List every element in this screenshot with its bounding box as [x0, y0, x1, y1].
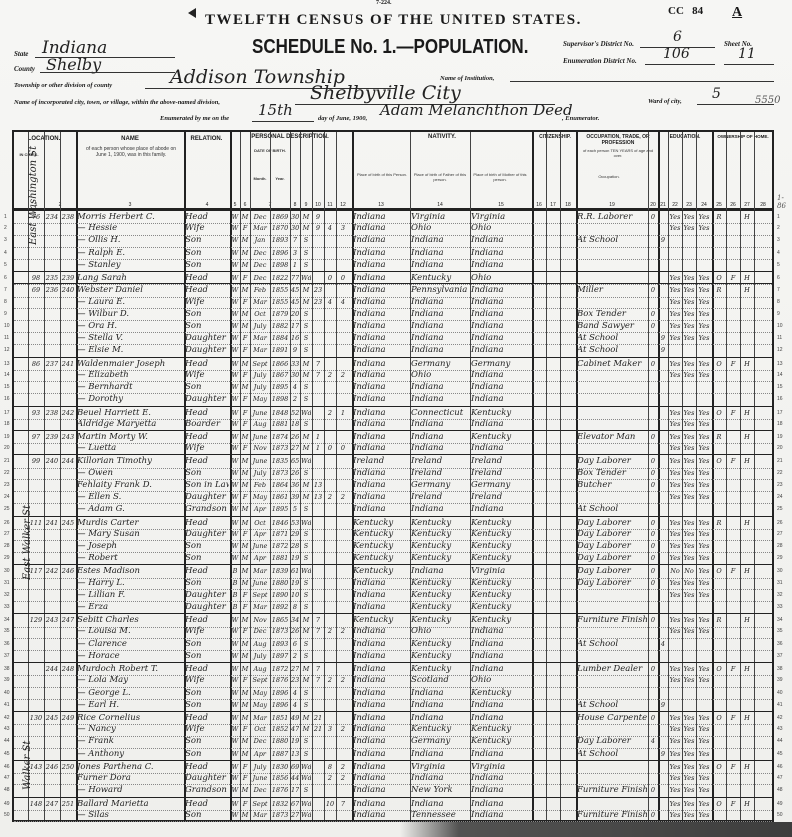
cell-birth: Indiana — [353, 699, 409, 711]
cell-month: July — [251, 467, 269, 479]
cell-write — [683, 503, 695, 515]
cell-name: — Laura E. — [77, 296, 183, 308]
cell-age: 47 — [291, 723, 299, 735]
cell-relation: Son — [185, 381, 229, 393]
line-number: 38 — [777, 666, 783, 672]
cell-year: 1848 — [271, 407, 289, 419]
cell-house — [29, 467, 43, 479]
cell-mother-birth: Ohio — [471, 674, 531, 686]
cell-read: Yes — [669, 455, 681, 467]
cell-house-type — [741, 748, 753, 760]
cell-children-living — [337, 517, 349, 529]
cell-occupation — [577, 601, 647, 613]
cell-write: Yes — [683, 479, 695, 491]
cell-sex: M — [241, 234, 249, 246]
cell-sex: M — [241, 503, 249, 515]
header-nativity: NATIVITY. — [352, 134, 532, 140]
cell-month: Apr — [251, 552, 269, 564]
line-number: 23 — [4, 482, 10, 488]
cell-house-type — [741, 601, 753, 613]
cell-own — [713, 393, 725, 405]
cell-children-living — [337, 577, 349, 589]
cell-month: Sept — [251, 589, 269, 601]
cell-own: O — [713, 272, 725, 284]
cell-yrs-married: 7 — [313, 663, 323, 675]
cell-relation: Head — [185, 284, 229, 296]
cell-english: Yes — [697, 222, 711, 234]
cell-mother-birth: Indiana — [471, 344, 531, 356]
cell-year: 1861 — [271, 491, 289, 503]
cell-english: Yes — [697, 308, 711, 320]
cell-color: W — [231, 369, 239, 381]
township-label: Township or other division of county — [14, 82, 112, 89]
cell-father-birth: Kentucky — [411, 517, 469, 529]
cell-children-born — [325, 455, 335, 467]
cell-yrs-married — [313, 308, 323, 320]
cell-own: O — [713, 798, 725, 810]
cell-english: Yes — [697, 407, 711, 419]
column-number: 10 — [312, 202, 324, 208]
cell-unemployed — [649, 674, 657, 686]
cell-marital: S — [301, 687, 311, 699]
cell-read — [669, 381, 681, 393]
cell-occupation — [577, 674, 647, 686]
cell-children-born — [325, 687, 335, 699]
cell-children-born — [325, 308, 335, 320]
cell-age: 26 — [291, 431, 299, 443]
cell-name: — George L. — [77, 687, 183, 699]
cell-children-living — [337, 699, 349, 711]
cell-marital: S — [301, 784, 311, 796]
cell-month: May — [251, 491, 269, 503]
cell-read — [669, 259, 681, 271]
cell-family — [61, 491, 75, 503]
column-number: 17 — [546, 202, 560, 208]
cell-unemployed — [649, 601, 657, 613]
cell-family: 245 — [61, 517, 75, 529]
cell-dwelling — [45, 809, 59, 821]
cell-family — [61, 503, 75, 515]
cell-read: Yes — [669, 712, 681, 724]
cell-farm — [727, 601, 739, 613]
cell-age: 65 — [291, 455, 299, 467]
cell-year: 1866 — [271, 358, 289, 370]
cell-birth: Indiana — [353, 798, 409, 810]
cell-father-birth: New York — [411, 784, 469, 796]
cell-english: Yes — [697, 369, 711, 381]
cell-color: W — [231, 699, 239, 711]
cell-read: Yes — [669, 528, 681, 540]
cell-family — [61, 735, 75, 747]
header-birth-mother: Place of birth of Mother of this person. — [472, 172, 528, 182]
cell-read — [669, 247, 681, 259]
cell-english: Yes — [697, 712, 711, 724]
cell-write — [683, 601, 695, 613]
cell-birth: Kentucky — [353, 540, 409, 552]
cell-color: W — [231, 259, 239, 271]
cell-year: 1873 — [271, 809, 289, 821]
cell-sex: M — [241, 699, 249, 711]
cell-dwelling — [45, 748, 59, 760]
cell-month: Aug — [251, 418, 269, 430]
cell-children-living — [337, 748, 349, 760]
cell-birth: Indiana — [353, 479, 409, 491]
cell-father-birth: Indiana — [411, 431, 469, 443]
cell-english: Yes — [697, 332, 711, 344]
cell-children-living — [337, 211, 349, 223]
cell-sex: M — [241, 712, 249, 724]
enumeration-line — [645, 64, 715, 65]
line-number: 19 — [4, 434, 10, 440]
cell-month: Aug — [251, 638, 269, 650]
cell-dwelling — [45, 699, 59, 711]
cell-mother-birth: Ireland — [471, 467, 531, 479]
line-number: 29 — [777, 555, 783, 561]
cell-children-born — [325, 577, 335, 589]
cell-read: Yes — [669, 625, 681, 637]
line-number: 31 — [777, 580, 783, 586]
cell-occupation — [577, 442, 647, 454]
cell-children-living — [337, 320, 349, 332]
cell-sex: M — [241, 552, 249, 564]
cell-yrs-married — [313, 638, 323, 650]
cell-school — [659, 712, 667, 724]
cell-mother-birth: Indiana — [471, 381, 531, 393]
cell-house — [29, 247, 43, 259]
cell-year: 1867 — [271, 369, 289, 381]
cell-father-birth: Kentucky — [411, 638, 469, 650]
cell-yrs-married — [313, 418, 323, 430]
cell-write — [683, 259, 695, 271]
cell-unemployed — [649, 272, 657, 284]
cell-house-type — [741, 723, 753, 735]
cell-name: — Hessie — [77, 222, 183, 234]
cell-yrs-married — [313, 735, 323, 747]
census-page: 7-224. TWELFTH CENSUS OF THE UNITED STAT… — [0, 0, 792, 837]
header-birth-father: Place of birth of Father of this person. — [412, 172, 468, 182]
cell-children-born — [325, 712, 335, 724]
cell-occupation: At School — [577, 344, 647, 356]
cell-house: 86 — [29, 358, 43, 370]
cell-family — [61, 247, 75, 259]
cell-month: Dec — [251, 784, 269, 796]
cell-house-type — [741, 234, 753, 246]
cell-house — [29, 344, 43, 356]
line-number: 49 — [777, 801, 783, 807]
cell-occupation: Box Tender — [577, 467, 647, 479]
line-number: 24 — [4, 494, 10, 500]
cell-children-living: 2 — [337, 674, 349, 686]
cell-marital: S — [301, 418, 311, 430]
cell-sex: F — [241, 332, 249, 344]
line-number: 37 — [777, 653, 783, 659]
cell-mother-birth: Ohio — [471, 272, 531, 284]
cell-english — [697, 503, 711, 515]
cell-dwelling — [45, 625, 59, 637]
cell-children-living: 3 — [337, 222, 349, 234]
cell-father-birth: Ohio — [411, 222, 469, 234]
cell-relation: Daughter — [185, 772, 229, 784]
cell-father-birth: Indiana — [411, 234, 469, 246]
cell-birth: Indiana — [353, 358, 409, 370]
cell-children-living — [337, 247, 349, 259]
cell-occupation — [577, 589, 647, 601]
column-number: 20 — [648, 202, 658, 208]
cell-age: 17 — [291, 784, 299, 796]
line-number: 34 — [4, 617, 10, 623]
cell-school — [659, 381, 667, 393]
cell-father-birth: Kentucky — [411, 650, 469, 662]
cell-color: W — [231, 663, 239, 675]
cell-write: Yes — [683, 528, 695, 540]
cell-english: Yes — [697, 517, 711, 529]
cell-children-living: 1 — [337, 407, 349, 419]
line-number: 3 — [4, 237, 7, 243]
cell-marital: Wd — [301, 517, 311, 529]
cell-english: Yes — [697, 809, 711, 821]
cell-year: 1879 — [271, 308, 289, 320]
cell-father-birth: Indiana — [411, 798, 469, 810]
cell-father-birth: Tennessee — [411, 809, 469, 821]
cell-color: W — [231, 517, 239, 529]
cell-school — [659, 320, 667, 332]
cell-read — [669, 601, 681, 613]
cell-name: — Erza — [77, 601, 183, 613]
cell-house-type — [741, 442, 753, 454]
cell-own: R — [713, 614, 725, 626]
line-number: 15 — [777, 384, 783, 390]
cell-occupation — [577, 259, 647, 271]
line-number: 2 — [4, 225, 7, 231]
cell-mother-birth: Ohio — [471, 222, 531, 234]
cell-farm: F — [727, 455, 739, 467]
cell-family — [61, 687, 75, 699]
cell-birth: Indiana — [353, 332, 409, 344]
cell-children-living — [337, 589, 349, 601]
cell-children-living — [337, 552, 349, 564]
line-number: 12 — [777, 347, 783, 353]
cell-read — [669, 650, 681, 662]
cell-children-living — [337, 358, 349, 370]
cell-dwelling — [45, 589, 59, 601]
cell-month: Mar — [251, 332, 269, 344]
cell-write: Yes — [683, 772, 695, 784]
cell-relation: Head — [185, 712, 229, 724]
line-number: 39 — [777, 677, 783, 683]
cell-children-born — [325, 528, 335, 540]
cell-family: 243 — [61, 431, 75, 443]
cell-relation: Daughter — [185, 393, 229, 405]
cell-house: 93 — [29, 407, 43, 419]
cell-relation: Son — [185, 748, 229, 760]
cell-month: Sept — [251, 674, 269, 686]
cell-marital: M — [301, 625, 311, 637]
cell-dwelling — [45, 222, 59, 234]
cell-own: R — [713, 211, 725, 223]
cell-family — [61, 784, 75, 796]
cell-own — [713, 735, 725, 747]
street-note-2: East Walker St — [22, 505, 33, 580]
cell-relation: Head — [185, 272, 229, 284]
cell-children-living: 4 — [337, 296, 349, 308]
cell-house: 97 — [29, 431, 43, 443]
cell-yrs-married — [313, 748, 323, 760]
cell-own — [713, 418, 725, 430]
cell-read: Yes — [669, 272, 681, 284]
cell-relation: Head — [185, 211, 229, 223]
cell-age: 77 — [291, 272, 299, 284]
cell-unemployed — [649, 407, 657, 419]
line-number: 7 — [777, 287, 780, 293]
cell-father-birth: Indiana — [411, 772, 469, 784]
cell-house — [29, 687, 43, 699]
cell-children-born — [325, 381, 335, 393]
line-number: 9 — [4, 311, 7, 317]
cell-read: Yes — [669, 418, 681, 430]
cell-age: 33 — [291, 358, 299, 370]
cell-children-born — [325, 589, 335, 601]
column-number: 22 — [668, 202, 682, 208]
cell-family: 244 — [61, 455, 75, 467]
cell-unemployed — [649, 798, 657, 810]
cell-house-type — [741, 503, 753, 515]
cell-year: 1872 — [271, 540, 289, 552]
cell-read: Yes — [669, 577, 681, 589]
cell-write: Yes — [683, 784, 695, 796]
cell-age: 9 — [291, 344, 299, 356]
cell-own — [713, 601, 725, 613]
cell-school — [659, 614, 667, 626]
cell-house — [29, 296, 43, 308]
cell-year: 1896 — [271, 247, 289, 259]
cell-birth: Indiana — [353, 418, 409, 430]
cell-children-born — [325, 748, 335, 760]
cell-school — [659, 491, 667, 503]
cell-sex: M — [241, 650, 249, 662]
cell-year: 1855 — [271, 296, 289, 308]
cell-english: Yes — [697, 320, 711, 332]
cell-house-type — [741, 491, 753, 503]
cell-sex: M — [241, 663, 249, 675]
cell-birth: Indiana — [353, 222, 409, 234]
cell-year: 1876 — [271, 784, 289, 796]
cell-children-born: 2 — [325, 407, 335, 419]
cell-name: — Silas — [77, 809, 183, 821]
line-number: 8 — [777, 299, 780, 305]
cell-read — [669, 699, 681, 711]
cell-year: 1839 — [271, 565, 289, 577]
cell-birth: Indiana — [353, 589, 409, 601]
cell-own — [713, 577, 725, 589]
cell-sex: M — [241, 455, 249, 467]
cell-marital: M — [301, 674, 311, 686]
cell-family — [61, 479, 75, 491]
cell-farm — [727, 528, 739, 540]
cell-house-type — [741, 528, 753, 540]
cell-own — [713, 259, 725, 271]
cell-dwelling — [45, 540, 59, 552]
cell-family: 241 — [61, 358, 75, 370]
population-table: LOCATION. IN CITIES. NAME of each person… — [12, 130, 774, 822]
cell-family: 249 — [61, 712, 75, 724]
cell-farm — [727, 772, 739, 784]
cell-write — [683, 687, 695, 699]
cell-occupation — [577, 772, 647, 784]
cell-house — [29, 369, 43, 381]
cell-write: Yes — [683, 211, 695, 223]
cell-write: Yes — [683, 296, 695, 308]
cell-family: 251 — [61, 798, 75, 810]
cell-color: W — [231, 638, 239, 650]
cell-occupation: Day Laborer — [577, 540, 647, 552]
cell-family — [61, 320, 75, 332]
cell-mother-birth: Kentucky — [471, 589, 531, 601]
cell-unemployed: 0 — [649, 431, 657, 443]
cell-children-born — [325, 479, 335, 491]
line-number: 41 — [777, 702, 783, 708]
cell-color: W — [231, 455, 239, 467]
cell-read: Yes — [669, 761, 681, 773]
cell-write: Yes — [683, 798, 695, 810]
cell-house-type — [741, 735, 753, 747]
cell-name: — Nancy — [77, 723, 183, 735]
cell-house-type: H — [741, 663, 753, 675]
cell-mother-birth: Kentucky — [471, 735, 531, 747]
cell-house — [29, 674, 43, 686]
header-name: NAME — [76, 136, 184, 142]
cell-relation: Son — [185, 735, 229, 747]
cell-yrs-married — [313, 552, 323, 564]
cell-sex: F — [241, 442, 249, 454]
cell-birth: Indiana — [353, 809, 409, 821]
cell-house: 148 — [29, 798, 43, 810]
cell-month: Nov — [251, 614, 269, 626]
cell-school — [659, 552, 667, 564]
line-number: 42 — [4, 715, 10, 721]
cell-occupation — [577, 625, 647, 637]
cell-name: — Howard — [77, 784, 183, 796]
cell-english: Yes — [697, 761, 711, 773]
cell-children-living — [337, 418, 349, 430]
cell-mother-birth: Indiana — [471, 284, 531, 296]
cell-dwelling — [45, 772, 59, 784]
column-number: 23 — [682, 202, 696, 208]
cell-month: June — [251, 431, 269, 443]
line-number: 5 — [4, 262, 7, 268]
cell-sex: M — [241, 614, 249, 626]
cell-house-type — [741, 540, 753, 552]
cell-father-birth: Germany — [411, 358, 469, 370]
cell-farm — [727, 393, 739, 405]
cell-dwelling — [45, 577, 59, 589]
cell-unemployed: 0 — [649, 577, 657, 589]
cell-name: Murdis Carter — [77, 517, 183, 529]
cell-year: 1891 — [271, 344, 289, 356]
cell-mother-birth: Kentucky — [471, 407, 531, 419]
cell-month: June — [251, 540, 269, 552]
cell-children-living — [337, 332, 349, 344]
cell-occupation — [577, 222, 647, 234]
cell-occupation: Butcher — [577, 479, 647, 491]
cell-english — [697, 687, 711, 699]
header-ownership: OWNERSHIP OF HOME. — [713, 134, 773, 139]
cell-write — [683, 650, 695, 662]
cell-house-type — [741, 259, 753, 271]
cell-farm — [727, 748, 739, 760]
line-number: 30 — [4, 568, 10, 574]
cell-month: May — [251, 699, 269, 711]
cell-age: 53 — [291, 517, 299, 529]
